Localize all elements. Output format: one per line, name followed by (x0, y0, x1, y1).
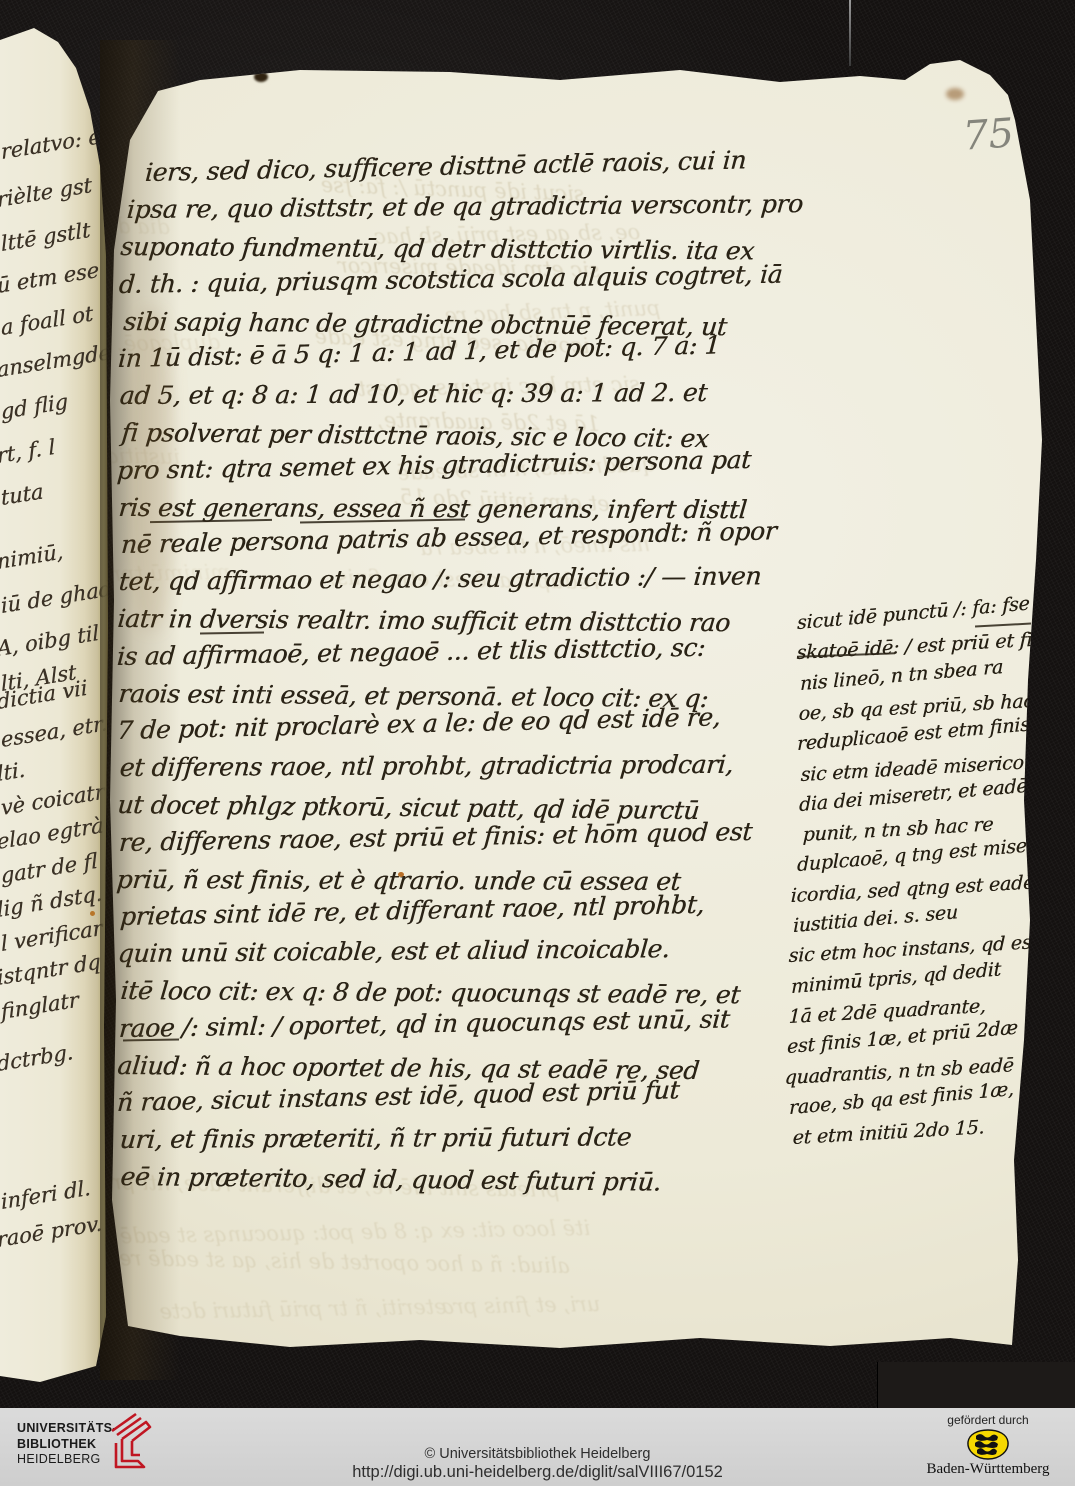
library-name-line: UNIVERSITÄTS- (17, 1421, 117, 1437)
bleedthrough-line: uri, et finis præteriti, ñ tr priū futur… (159, 1292, 600, 1324)
manuscript-page: sicut idē punctū /: fa: fseoe, sb qa est… (98, 60, 1048, 1360)
previous-page-line: lig ñ dstq. (0, 881, 103, 922)
manuscript-line: is ad affirmaoē, et negaoē ... et tlis d… (116, 632, 706, 670)
previous-page-line: raoē prov. (0, 1211, 103, 1252)
previous-page-line: finglatr (0, 988, 79, 1024)
margin-note-line: sic etm hoc instans, qd est (788, 931, 1039, 967)
strikethrough-mark (975, 623, 1031, 628)
baden-wuerttemberg-coat-of-arms-icon (966, 1429, 1010, 1460)
previous-page-line: relatvo: el (0, 123, 108, 164)
previous-page-line: rièlte gst (0, 173, 93, 212)
copyright-text: © Universitätsbibliothek Heidelberg (0, 1446, 1075, 1462)
previous-page-line: nimiū, (0, 540, 64, 575)
attribution-block: © Universitätsbibliothek Heidelberg http… (0, 1446, 1075, 1482)
margin-note-line: iustitia dei. s. seu (793, 901, 958, 937)
margin-note-line: et etm initiū 2do 15. (792, 1116, 984, 1149)
funding-region: Baden-Württemberg (920, 1461, 1056, 1478)
manuscript-scan-view: relatvo: elrièlte gstlttē gstltū etm ese… (0, 0, 1075, 1486)
manuscript-line: ad 5, et q: 8 a: 1 ad 10, et hic q: 39 a… (119, 378, 709, 410)
underline-mark (200, 631, 264, 634)
previous-page-line: elao egtrà (0, 813, 104, 854)
previous-page-line: istqntr dq (0, 950, 101, 990)
previous-page-line: ū etm ese (0, 258, 100, 298)
paper-stain (946, 88, 964, 100)
margin-note-line: icordia, sed qtng est eadē (790, 871, 1034, 907)
previous-page-line: tuta (0, 479, 44, 510)
bleedthrough-line: itē loco cit: ex q: 8 de pot: quocunqs s… (56, 1216, 590, 1249)
previous-page-line: essea, etr. (0, 711, 108, 752)
manuscript-line: tet, qd affirmao et negao /: seu gtradic… (118, 562, 763, 597)
previous-page-line: anselmgde (0, 340, 108, 382)
previous-page-line: dctrbg. (0, 1040, 74, 1076)
previous-page-edge: relatvo: elrièlte gstlttē gstltū etm ese… (0, 26, 108, 1398)
funding-label: gefördert durch (920, 1413, 1056, 1427)
manuscript-line: re, differens raoe, est priū et finis: e… (118, 817, 753, 857)
manuscript-line: ipsa re, quo disttstr, et de qa gtradict… (126, 189, 804, 224)
margin-note-line: sicut idē punctū /: fa: fse (797, 592, 1030, 634)
previous-page-line: a foall ot (0, 301, 94, 340)
viewer-footer: UNIVERSITÄTS- BIBLIOTHEK HEIDELBERG © Un… (0, 1408, 1075, 1486)
manuscript-line: pro snt: qtra semet ex his gtradictruis:… (116, 445, 752, 485)
cradle-seam (877, 1362, 1075, 1408)
cradle-edge-line (849, 0, 851, 66)
previous-page-line: rt, f. l (0, 435, 56, 468)
paper-stain (90, 911, 95, 916)
manuscript-line: prietas sint idē re, et differant raoe, … (119, 890, 705, 931)
folio-number: 75 (961, 110, 1015, 159)
previous-page-line: iū de ghad (0, 576, 108, 618)
previous-page-line: A, oibg til (0, 621, 100, 661)
previous-page-line: gd flig (0, 389, 69, 424)
manuscript-line: uri, et finis præteriti, ñ tr priū futur… (119, 1123, 633, 1155)
manuscript-line: et differens raoe, ntl prohbt, gtradictr… (119, 750, 735, 782)
bleedthrough-line: aliud: ñ a hoc oportet de his, qa st ead… (69, 1245, 570, 1278)
previous-page-line: vè coicatr (0, 780, 105, 820)
manuscript-line: ñ raoe, sicut instans est idē, quod est … (116, 1075, 680, 1117)
manuscript-line: d. th. : quia, priusqm scotstica scola a… (118, 259, 783, 298)
manuscript-line: quin unū sit coicable, est et aliud inco… (117, 934, 671, 968)
previous-page-line: l verificar (0, 916, 103, 956)
manuscript-line: eē in præterito, sed id, quod est futuri… (119, 1162, 662, 1197)
ink-blot (254, 72, 268, 82)
source-url: http://digi.ub.uni-heidelberg.de/diglit/… (0, 1463, 1075, 1482)
funding-block: gefördert durch Baden-Württemberg (920, 1413, 1056, 1478)
manuscript-line: raoe /: siml: / oportet, qd in quocunqs … (118, 1004, 731, 1043)
previous-page-line: lttē gstlt (0, 218, 91, 256)
previous-page-line: gatr de fl (0, 849, 98, 888)
previous-page-line: lti. (0, 758, 26, 786)
previous-page-line: inferi dl. (0, 1176, 91, 1214)
page-fold-highlight (98, 116, 108, 1356)
